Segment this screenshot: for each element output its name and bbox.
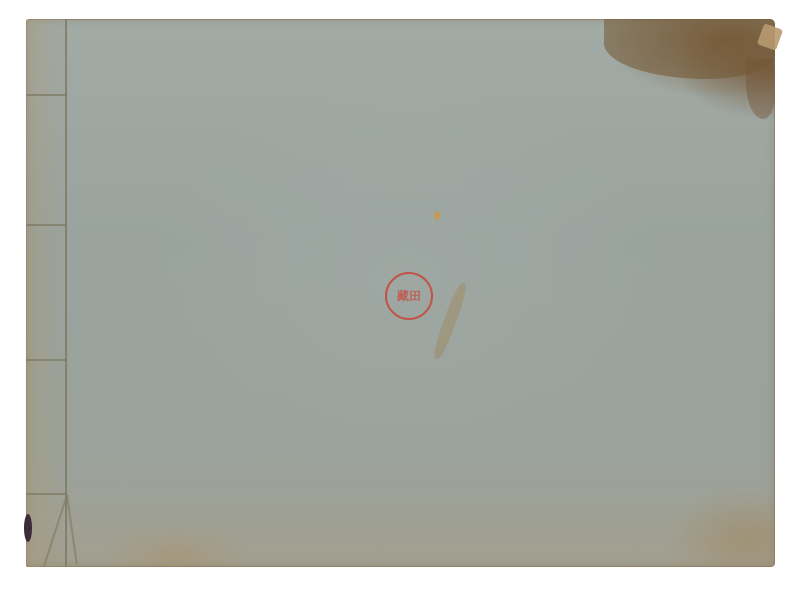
seal-text: 藏田 [394, 290, 424, 302]
loose-thread [66, 495, 78, 565]
spot-stain [434, 211, 440, 220]
red-seal-stamp: 藏田 [385, 272, 433, 320]
streak-stain [431, 281, 470, 360]
water-stain [746, 59, 775, 119]
binding-thread-stitch [26, 224, 67, 226]
binding-thread-stitch [26, 359, 67, 361]
binding-thread-stitch [26, 493, 67, 495]
spine-strip [26, 19, 67, 567]
binding-thread-vertical [65, 19, 67, 567]
edge-ink-mark [24, 514, 32, 542]
binding-thread-stitch [26, 94, 67, 96]
